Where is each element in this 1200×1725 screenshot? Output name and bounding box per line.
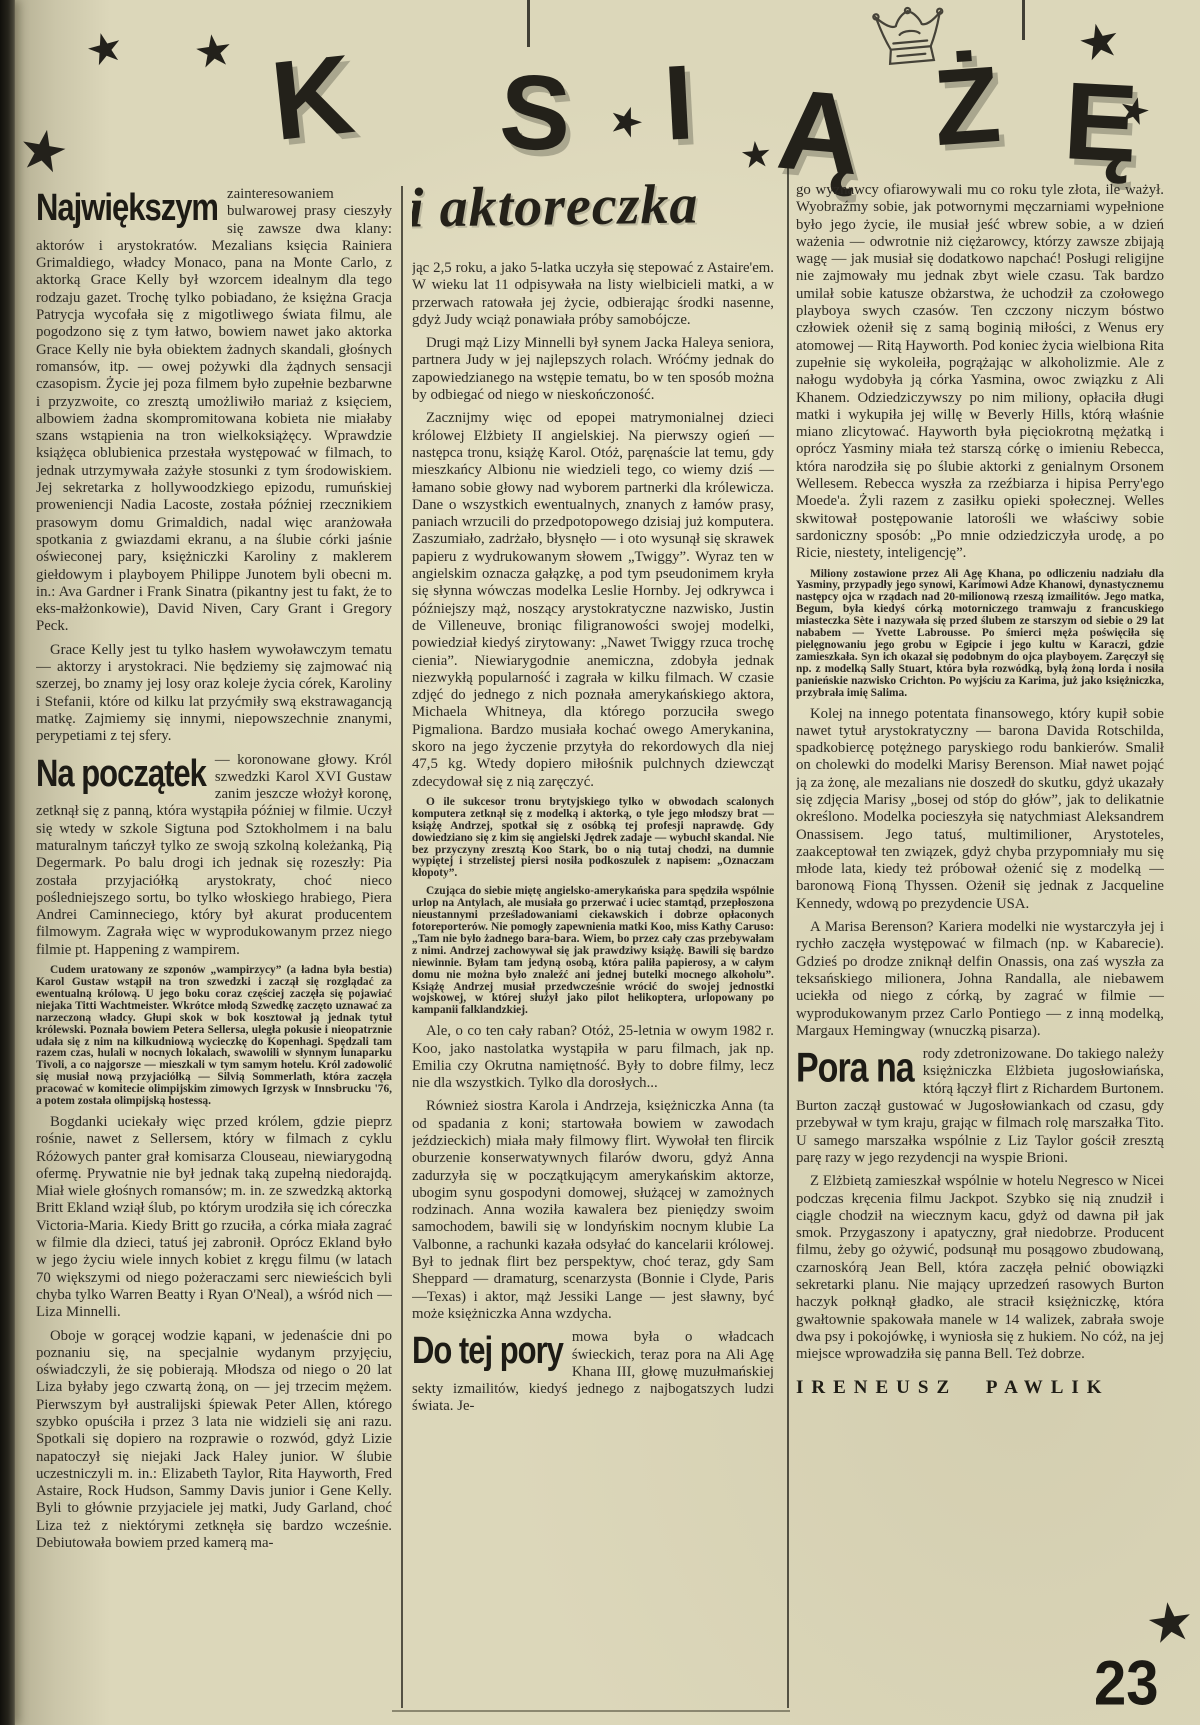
paragraph: Do tej porymowa była o władcach świeckic… (412, 1329, 774, 1415)
paragraph: Grace Kelly jest tu tylko hasłem wywoław… (36, 642, 392, 746)
title-letter-i: I (661, 49, 696, 156)
paragraph-text: zainteresowaniem bulwarowej prasy cieszy… (36, 186, 392, 634)
paragraph: A Marisa Berenson? Kariera modelki nie w… (796, 919, 1164, 1040)
paragraph: jąc 2,5 roku, a jako 5-latka uczyła się … (412, 260, 774, 329)
leadin-word: Do tej pory (412, 1322, 563, 1381)
paragraph-small: Cudem uratowany ze szponów „wampirzycy” … (36, 965, 392, 1108)
star-icon: ★ (738, 137, 773, 176)
crown-icon (863, 2, 956, 75)
binding-gutter (0, 0, 15, 1725)
paragraph: Oboje w gorącej wodzie kąpani, w jedenaś… (36, 1328, 392, 1553)
star-icon: ★ (1073, 14, 1125, 70)
article-subtitle: i aktoreczka (412, 176, 774, 239)
star-icon: ★ (603, 97, 649, 146)
leadin-word: Największym (36, 186, 218, 237)
star-icon: ★ (1114, 91, 1154, 134)
column-3: go wyznawcy ofiarowywali mu co roku tyle… (796, 182, 1164, 1712)
title-letter-a: Ą (773, 73, 865, 194)
leadin-word: Pora na (796, 1039, 914, 1098)
paragraph-small: Miliony zostawione przez Ali Agę Khana, … (796, 569, 1164, 700)
author-byline: IRENEUSZ PAWLIK (796, 1379, 1164, 1396)
paragraph-small: Czująca do siebie miętę angielsko-ameryk… (412, 886, 774, 1017)
paragraph: Bogdanki uciekały więc przed królem, gdz… (36, 1114, 392, 1322)
column-2: i aktoreczka jąc 2,5 roku, a jako 5-latk… (412, 176, 774, 1716)
paragraph: Drugi mąż Lizy Minnelli był synem Jacka … (412, 335, 774, 404)
paragraph: Również siostra Karola i Andrzeja, księż… (412, 1098, 774, 1323)
paragraph-small: O ile sukcesor tronu brytyjskiego tylko … (412, 797, 774, 880)
paragraph: Zacznijmy więc od epopei matrymonialnej … (412, 410, 774, 791)
paragraph: Na początek— koronowane głowy. Król szwe… (36, 752, 392, 960)
top-column-rule-right (1022, 0, 1025, 40)
paragraph: Pora narody zdetronizowane. Do takiego n… (796, 1046, 1164, 1167)
star-icon: ★ (81, 24, 128, 74)
page-number: 23 (1094, 1647, 1159, 1719)
column-divider-2 (787, 158, 789, 1708)
paragraph: Ale, o co ten cały raban? Otóż, 25-letni… (412, 1023, 774, 1092)
column-divider-1 (401, 186, 403, 1708)
top-column-rule-left (527, 0, 530, 47)
column-1: Największymzainteresowaniem bulwarowej p… (36, 186, 392, 1716)
paragraph: Największymzainteresowaniem bulwarowej p… (36, 186, 392, 636)
paragraph: go wyznawcy ofiarowywali mu co roku tyle… (796, 182, 1164, 563)
star-icon: ★ (191, 27, 236, 76)
title-letter-s: S (497, 58, 573, 168)
leadin-word: Na początek (36, 744, 206, 803)
paragraph: Z Elżbietą zamieszkał wspólnie w hotelu … (796, 1173, 1164, 1363)
title-letter-k: K (266, 38, 358, 158)
paragraph: Kolej na innego potentata finansowego, k… (796, 706, 1164, 914)
scanned-magazine-page: K S I Ą Ż Ę ★ ★ ★ ★ ★ ★ ★ ★ Największymz… (0, 0, 1200, 1725)
star-icon: ★ (14, 120, 73, 184)
